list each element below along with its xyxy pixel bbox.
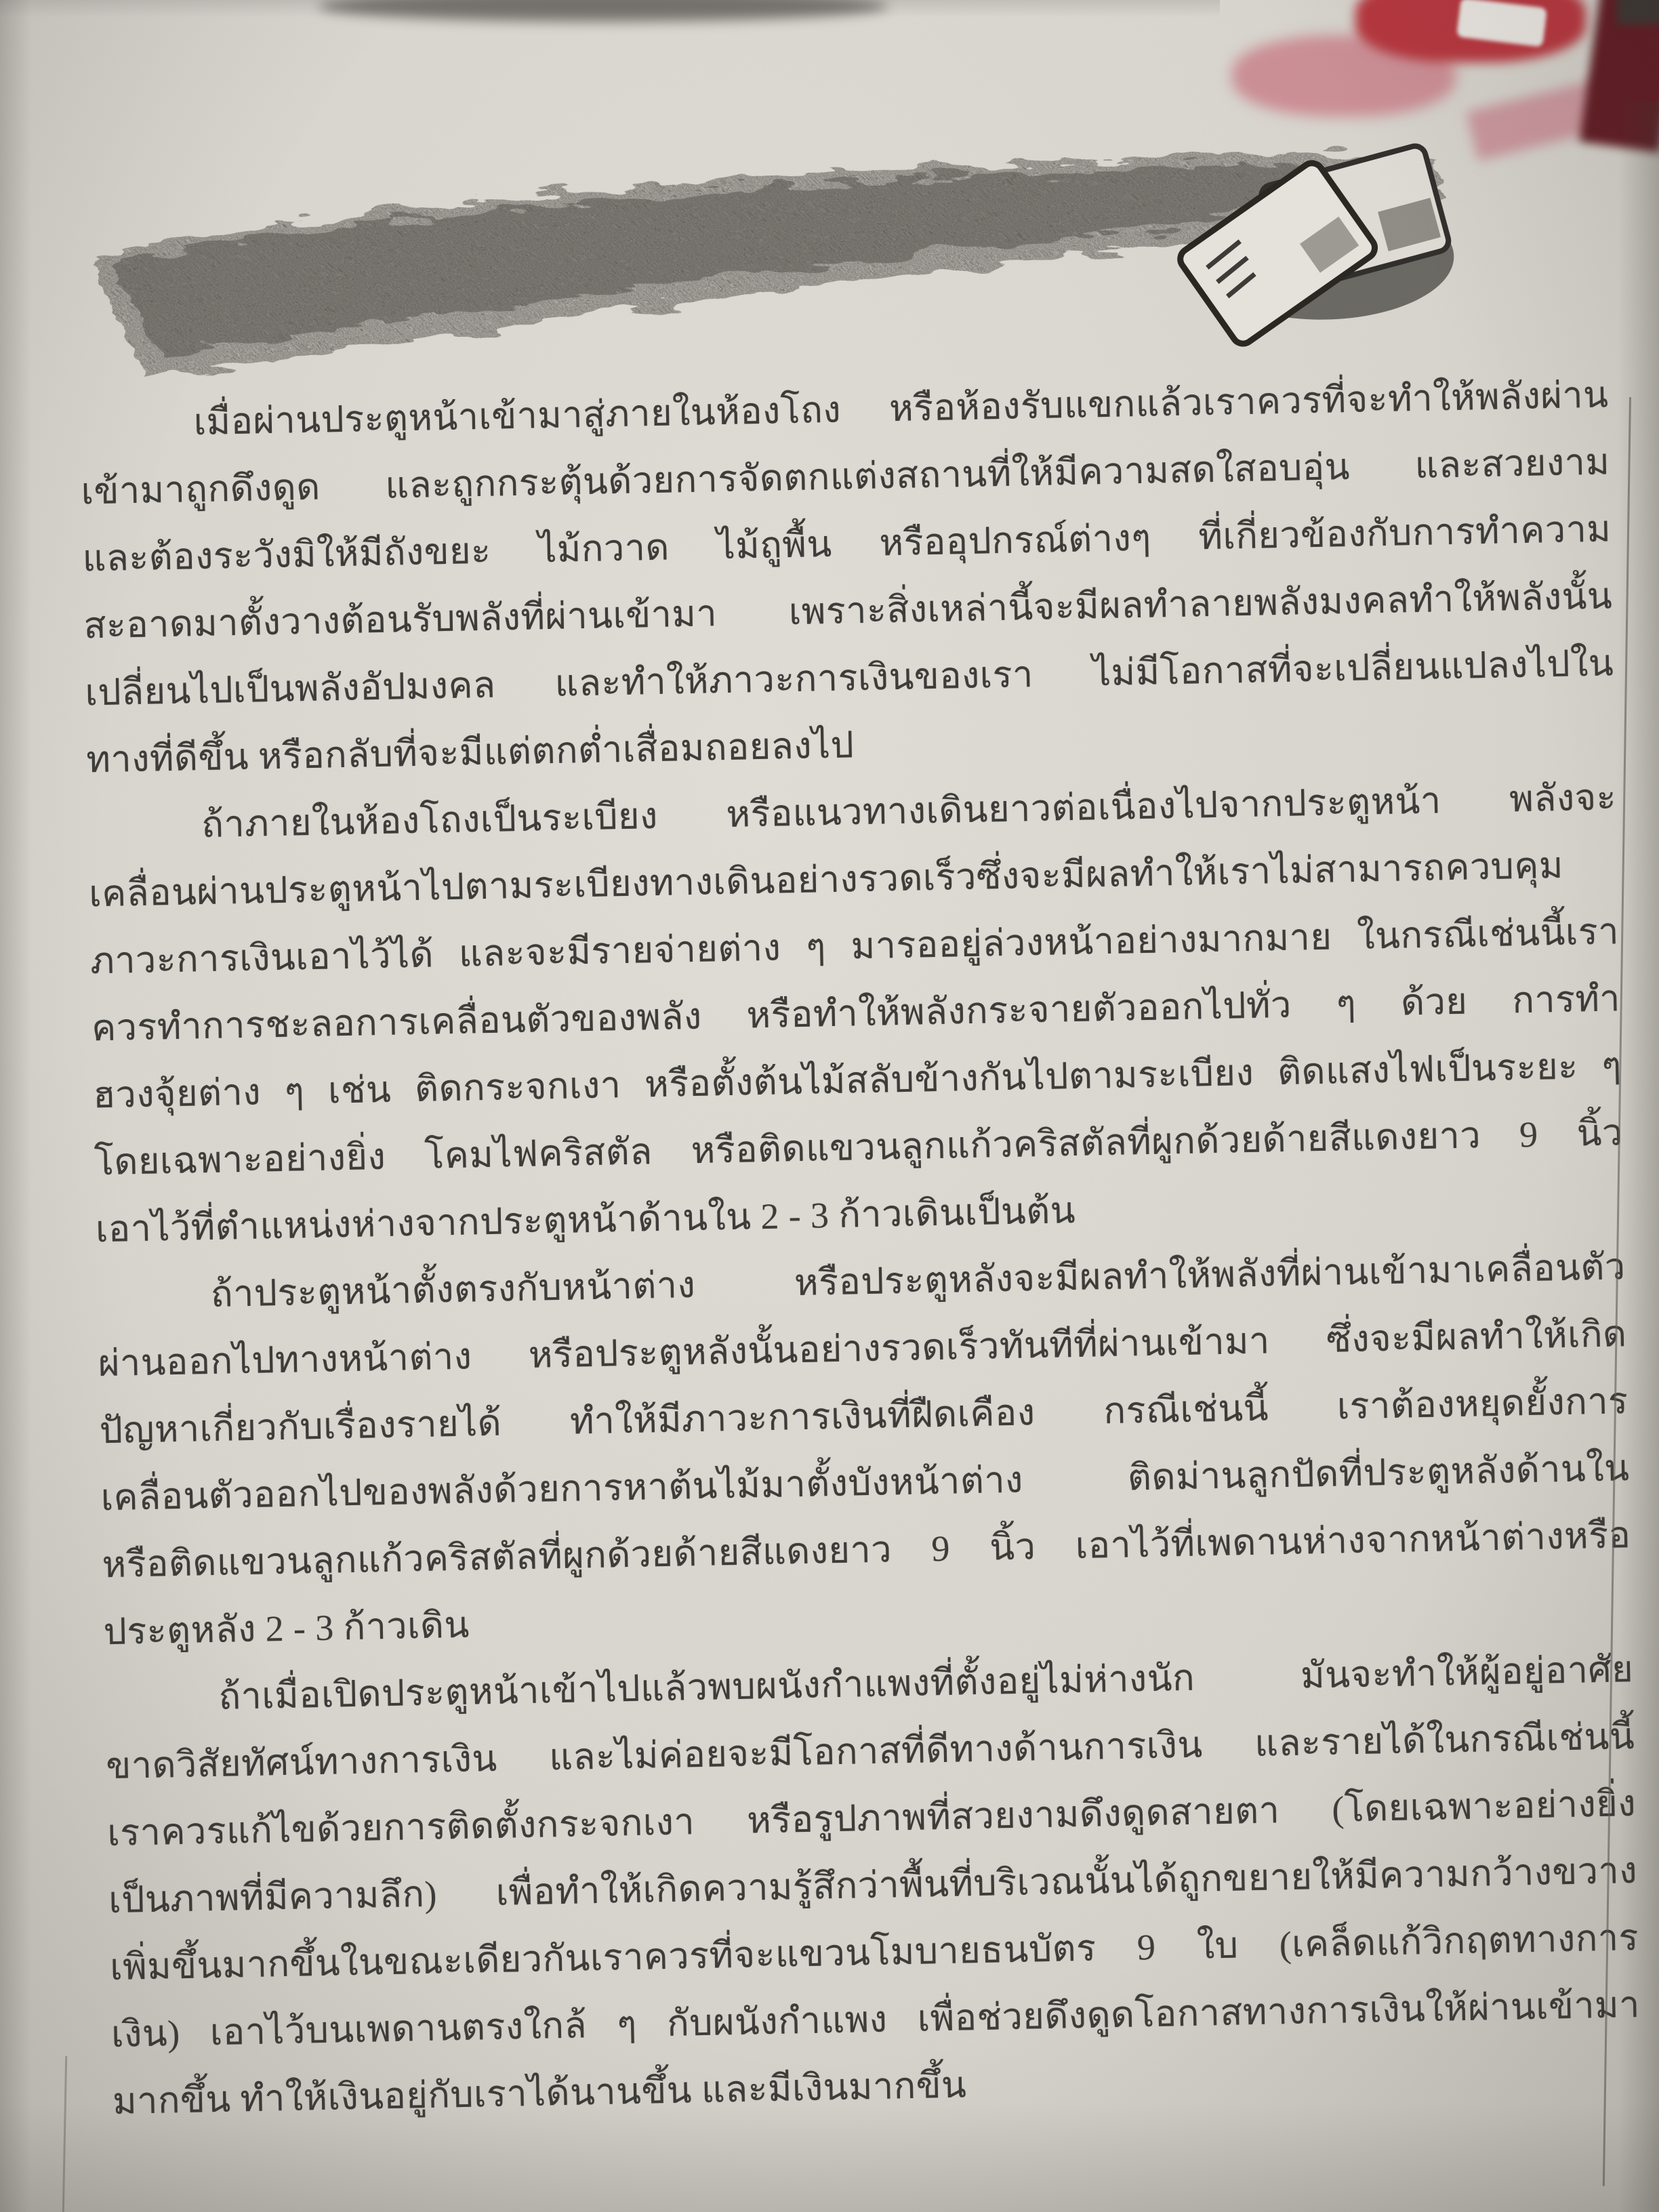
book-page: เมื่อผ่านประตูหน้าเข้ามาสู่ภายในห้องโถง … xyxy=(40,85,1659,2189)
page-right-edge-shadow xyxy=(1618,102,1659,2212)
background-top-strip xyxy=(0,0,1220,18)
background-dark-smudge xyxy=(319,0,888,22)
paragraph: เมื่อผ่านประตูหน้าเข้ามาสู่ภายในห้องโถง … xyxy=(79,361,1616,794)
photo-left-edge-shadow xyxy=(0,0,31,2212)
paragraph: ถ้าเมื่อเปิดประตูหน้าเข้าไปแล้วพบผนังกำแ… xyxy=(104,1636,1642,2135)
photo-bottom-shadow xyxy=(0,2104,1659,2212)
page-text: เมื่อผ่านประตูหน้าเข้ามาสู่ภายในห้องโถง … xyxy=(79,361,1642,2135)
dark-corner-object xyxy=(1617,0,1659,24)
paragraph: ถ้าประตูหน้าตั้งตรงกับหน้าต่าง หรือประตู… xyxy=(96,1233,1633,1666)
red-object xyxy=(1355,0,1586,62)
white-label-on-red-object xyxy=(1456,0,1547,47)
paragraph: ถ้าภายในห้องโถงเป็นระเบียง หรือแนวทางเดิ… xyxy=(87,764,1624,1263)
cards-illustration xyxy=(1153,100,1477,377)
photographed-book-page: { "doc": { "language": "th", "paragraphs… xyxy=(0,0,1659,2212)
